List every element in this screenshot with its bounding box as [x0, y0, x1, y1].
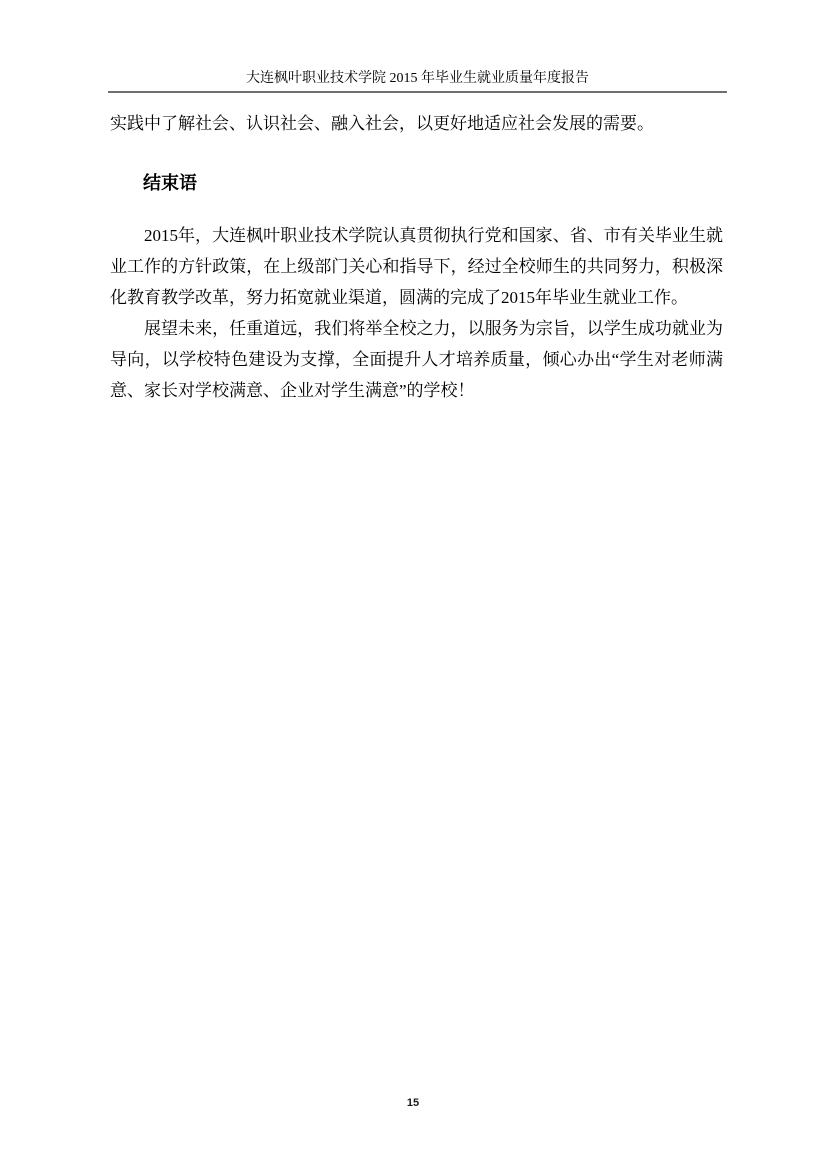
header-title: 大连枫叶职业技术学院 2015 年毕业生就业质量年度报告 [108, 70, 727, 88]
section-heading: 结束语 [110, 168, 723, 199]
document-page: 大连枫叶职业技术学院 2015 年毕业生就业质量年度报告 实践中了解社会、认识社… [0, 0, 826, 1169]
page-footer: 15 [0, 1093, 826, 1111]
page-number: 15 [407, 1097, 419, 1109]
page-content: 实践中了解社会、认识社会、融入社会，以更好地适应社会发展的需要。 结束语 201… [110, 108, 723, 406]
continuation-paragraph: 实践中了解社会、认识社会、融入社会，以更好地适应社会发展的需要。 [110, 108, 723, 139]
page-header: 大连枫叶职业技术学院 2015 年毕业生就业质量年度报告 [108, 0, 727, 93]
paragraph-1: 2015年，大连枫叶职业技术学院认真贯彻执行党和国家、省、市有关毕业生就业工作的… [110, 220, 723, 313]
paragraph-2: 展望未来，任重道远，我们将举全校之力，以服务为宗旨，以学生成功就业为导向，以学校… [110, 313, 723, 406]
